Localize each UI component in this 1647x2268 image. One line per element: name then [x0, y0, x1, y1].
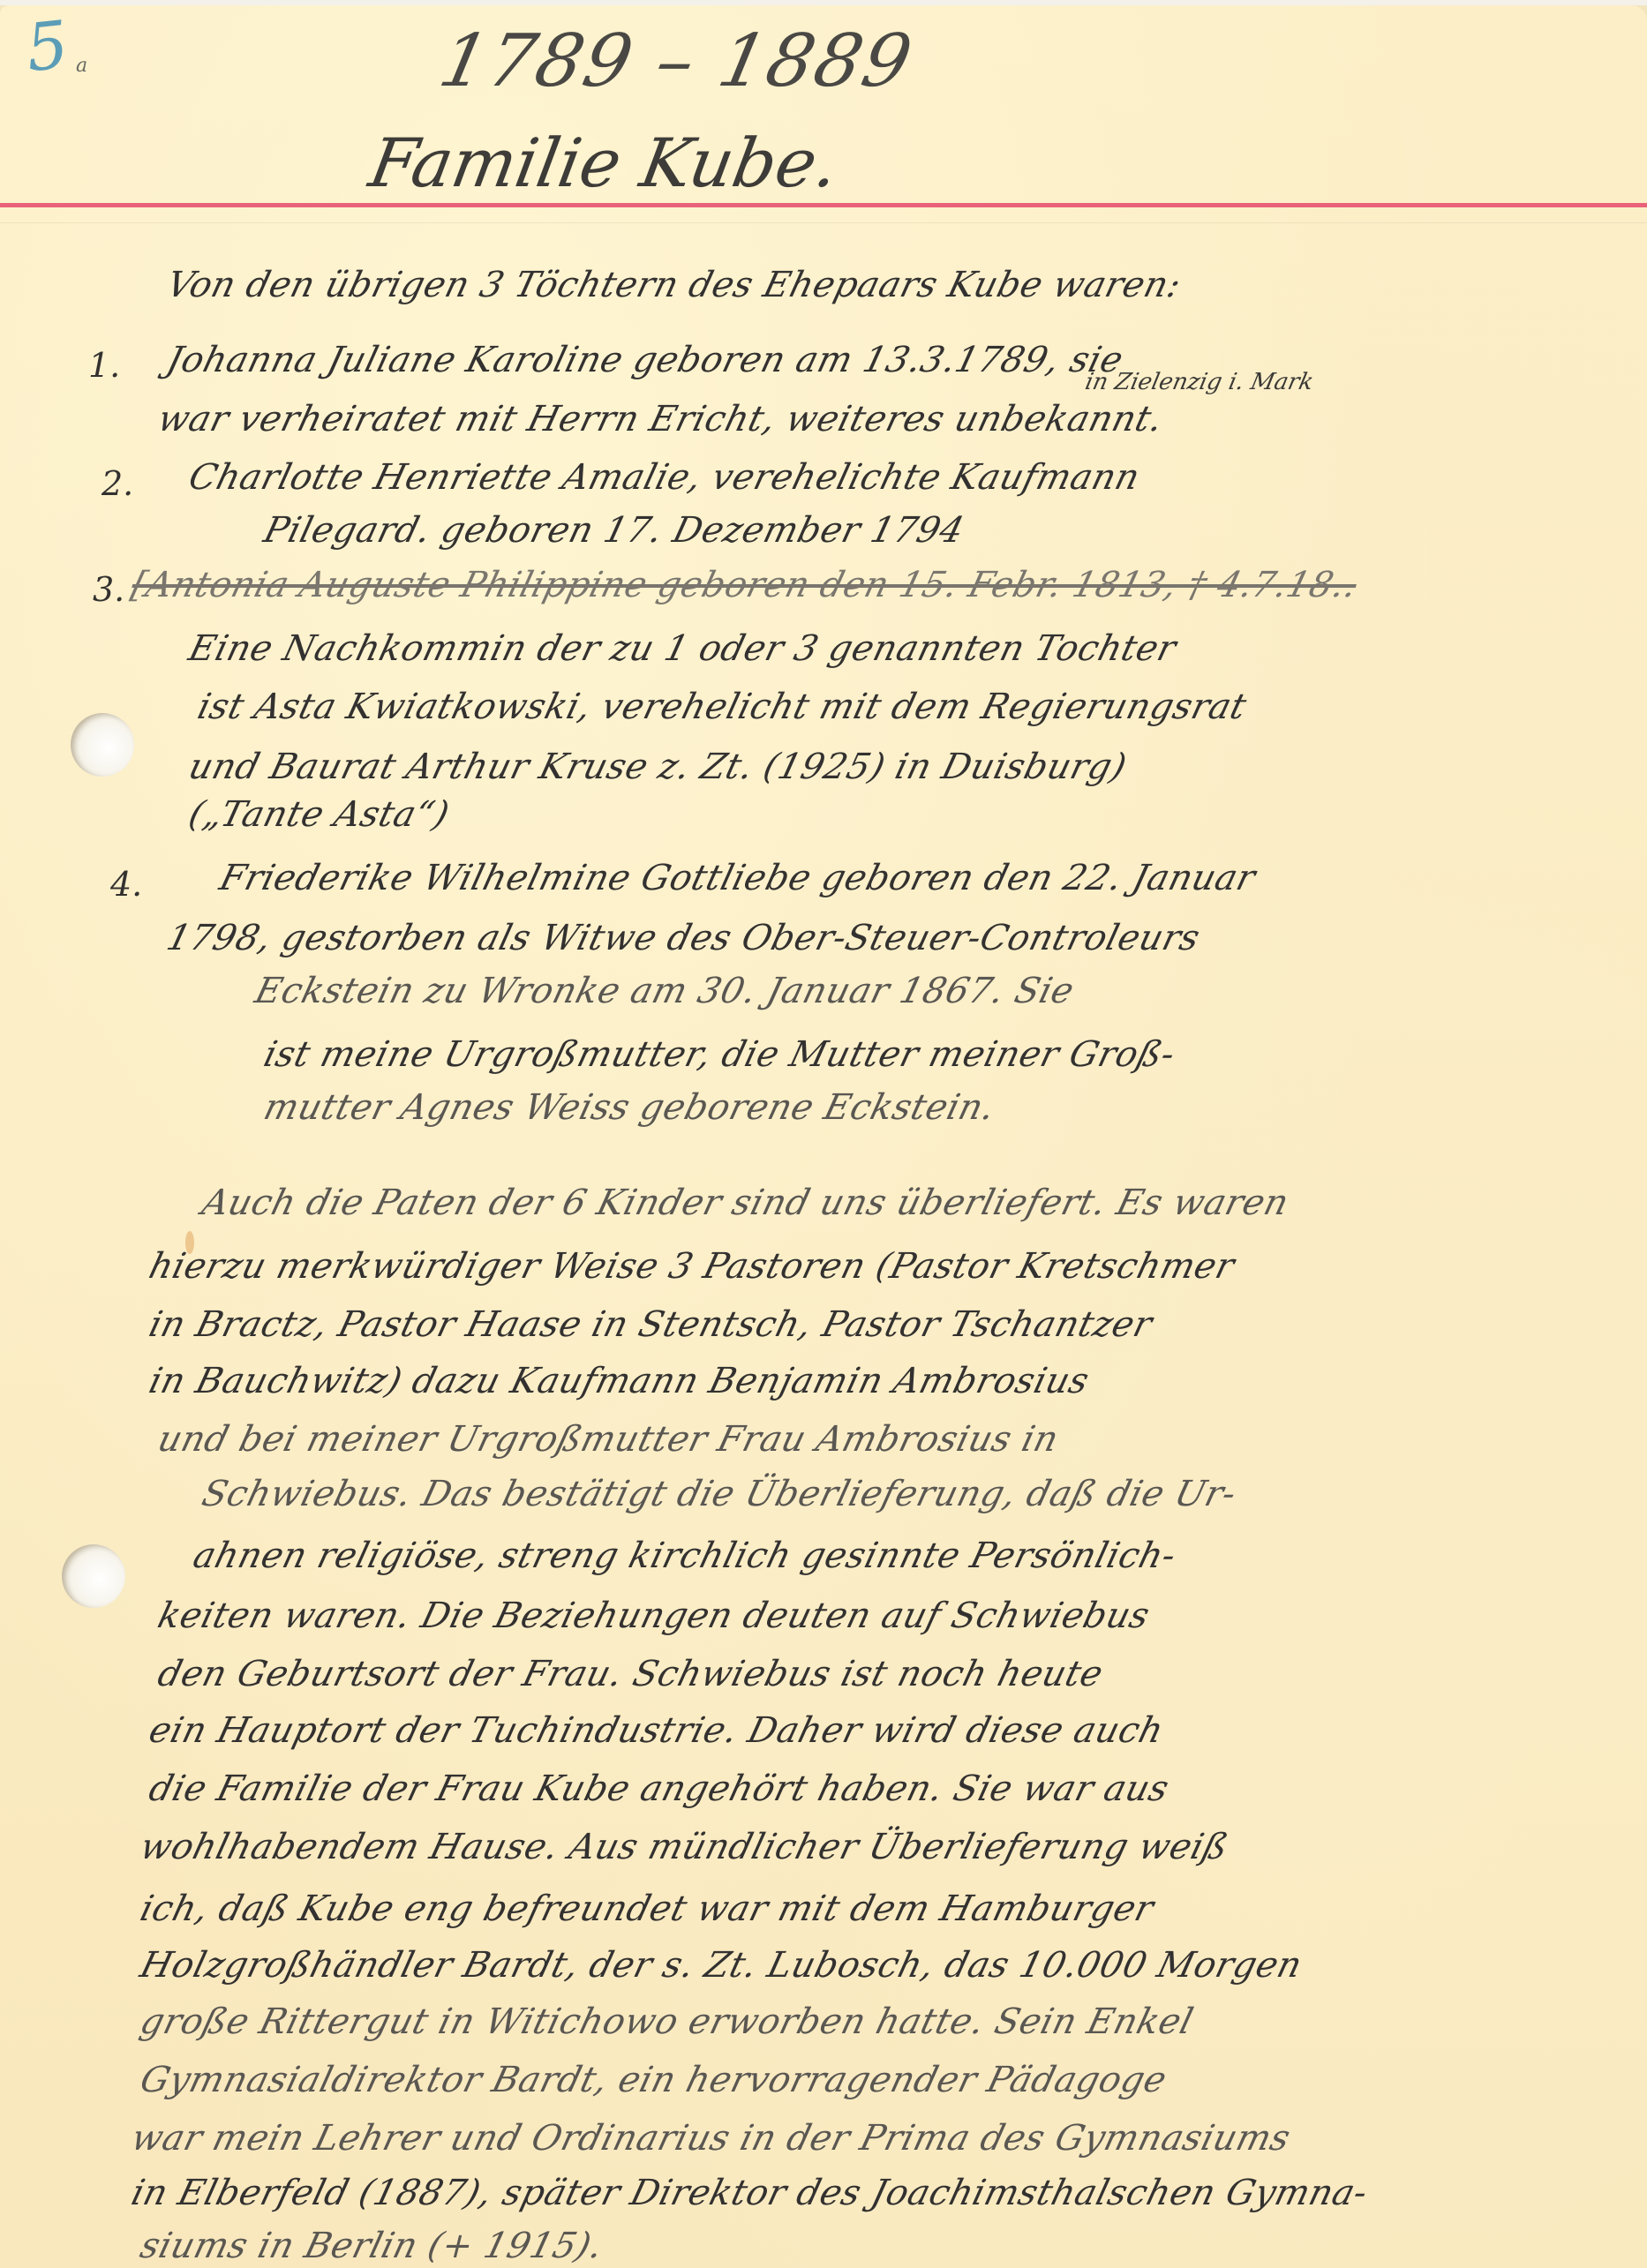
- paragraph-line-13: ich, daß Kube eng befreundet war mit dem…: [136, 1889, 1158, 1929]
- header-red-rule: [0, 203, 1647, 207]
- entry-4-line-2: 1798, gestorben als Witwe des Ober-Steue…: [162, 918, 1204, 958]
- paragraph-line-12: wohlhabendem Hause. Aus mündlicher Überl…: [136, 1827, 1232, 1867]
- paragraph-line-1: Auch die Paten der 6 Kinder sind uns übe…: [198, 1183, 1293, 1223]
- entry-3-number: 3.: [93, 570, 124, 609]
- page-number-suffix: a: [76, 55, 87, 77]
- paragraph-line-2: hierzu merkwürdiger Weise 3 Pastoren (Pa…: [145, 1246, 1238, 1287]
- paragraph-line-5: und bei meiner Urgroßmutter Frau Ambrosi…: [154, 1419, 1063, 1460]
- paragraph-line-4: in Bauchwitz) dazu Kaufmann Benjamin Amb…: [145, 1361, 1093, 1401]
- title-years: 1789 – 1889: [432, 19, 921, 103]
- struck-text: [Antonia Auguste Philippine geboren den …: [127, 565, 1361, 605]
- entry-4-line-5: mutter Agnes Weiss geborene Eckstein.: [259, 1087, 999, 1128]
- entry-4-line-4: ist meine Urgroßmutter, die Mutter meine…: [259, 1034, 1179, 1075]
- paragraph-line-10: ein Hauptort der Tuchindustrie. Daher wi…: [145, 1710, 1168, 1751]
- entry-1-insertion: in Zielenzig i. Mark: [1083, 369, 1316, 395]
- paragraph-line-8: keiten waren. Die Beziehungen deuten auf…: [154, 1596, 1154, 1636]
- entry-1-line-1: Johanna Juliane Karoline geboren am 13.3…: [162, 340, 1127, 380]
- entry-3-line-1-struck: [Antonia Auguste Philippine geboren den …: [127, 565, 1361, 605]
- paragraph-line-3: in Bractz, Pastor Haase in Stentsch, Pas…: [145, 1304, 1156, 1345]
- entry-2-line-2: Pilegard. geboren 17. Dezember 1794: [259, 510, 968, 551]
- page-number: 5: [23, 7, 72, 86]
- page-title: Familie Kube.: [364, 124, 845, 202]
- entry-1-number: 1.: [88, 346, 120, 385]
- paragraph-line-19: siums in Berlin (+ 1915).: [136, 2226, 607, 2266]
- paragraph-line-17: war mein Lehrer und Ordinarius in der Pr…: [127, 2118, 1294, 2159]
- entry-3-line-5: („Tante Asta“): [184, 794, 453, 835]
- entry-4-line-3: Eckstein zu Wronke am 30. Januar 1867. S…: [251, 971, 1078, 1011]
- entry-2-number: 2.: [102, 464, 133, 503]
- paragraph-line-7: ahnen religiöse, streng kirchlich gesinn…: [189, 1536, 1180, 1576]
- paragraph-line-9: den Geburtsort der Frau. Schwiebus ist n…: [154, 1654, 1107, 1694]
- entry-4-number: 4.: [110, 865, 142, 904]
- entry-4-line-1: Friederike Wilhelmine Gottliebe geboren …: [215, 858, 1260, 898]
- paragraph-line-15: große Rittergut in Witichowo erworben ha…: [136, 2001, 1197, 2042]
- entry-1-line-2: war verheiratet mit Herrn Ericht, weiter…: [154, 399, 1167, 439]
- intro-line: Von den übrigen 3 Töchtern des Ehepaars …: [162, 265, 1185, 305]
- entry-3-line-2: Eine Nachkommin der zu 1 oder 3 genannte…: [184, 628, 1180, 669]
- paragraph-line-16: Gymnasialdirektor Bardt, ein hervorragen…: [136, 2060, 1170, 2100]
- paragraph-line-14: Holzgroßhändler Bardt, der s. Zt. Lubosc…: [136, 1945, 1306, 1986]
- entry-3-line-3: ist Asta Kwiatkowski, verehelicht mit de…: [193, 687, 1251, 727]
- binder-hole-lower: [62, 1544, 125, 1608]
- paragraph-line-18: in Elberfeld (1887), später Direktor des…: [127, 2173, 1372, 2213]
- faint-rule: [0, 222, 1647, 223]
- paragraph-line-6: Schwiebus. Das bestätigt die Überlieferu…: [198, 1474, 1240, 1514]
- paragraph-line-11: die Familie der Frau Kube angehört haben…: [145, 1769, 1173, 1809]
- entry-2-line-1: Charlotte Henriette Amalie, verehelichte…: [184, 457, 1144, 498]
- entry-3-line-4: und Baurat Arthur Kruse z. Zt. (1925) in…: [184, 747, 1131, 787]
- binder-hole-upper: [71, 713, 134, 777]
